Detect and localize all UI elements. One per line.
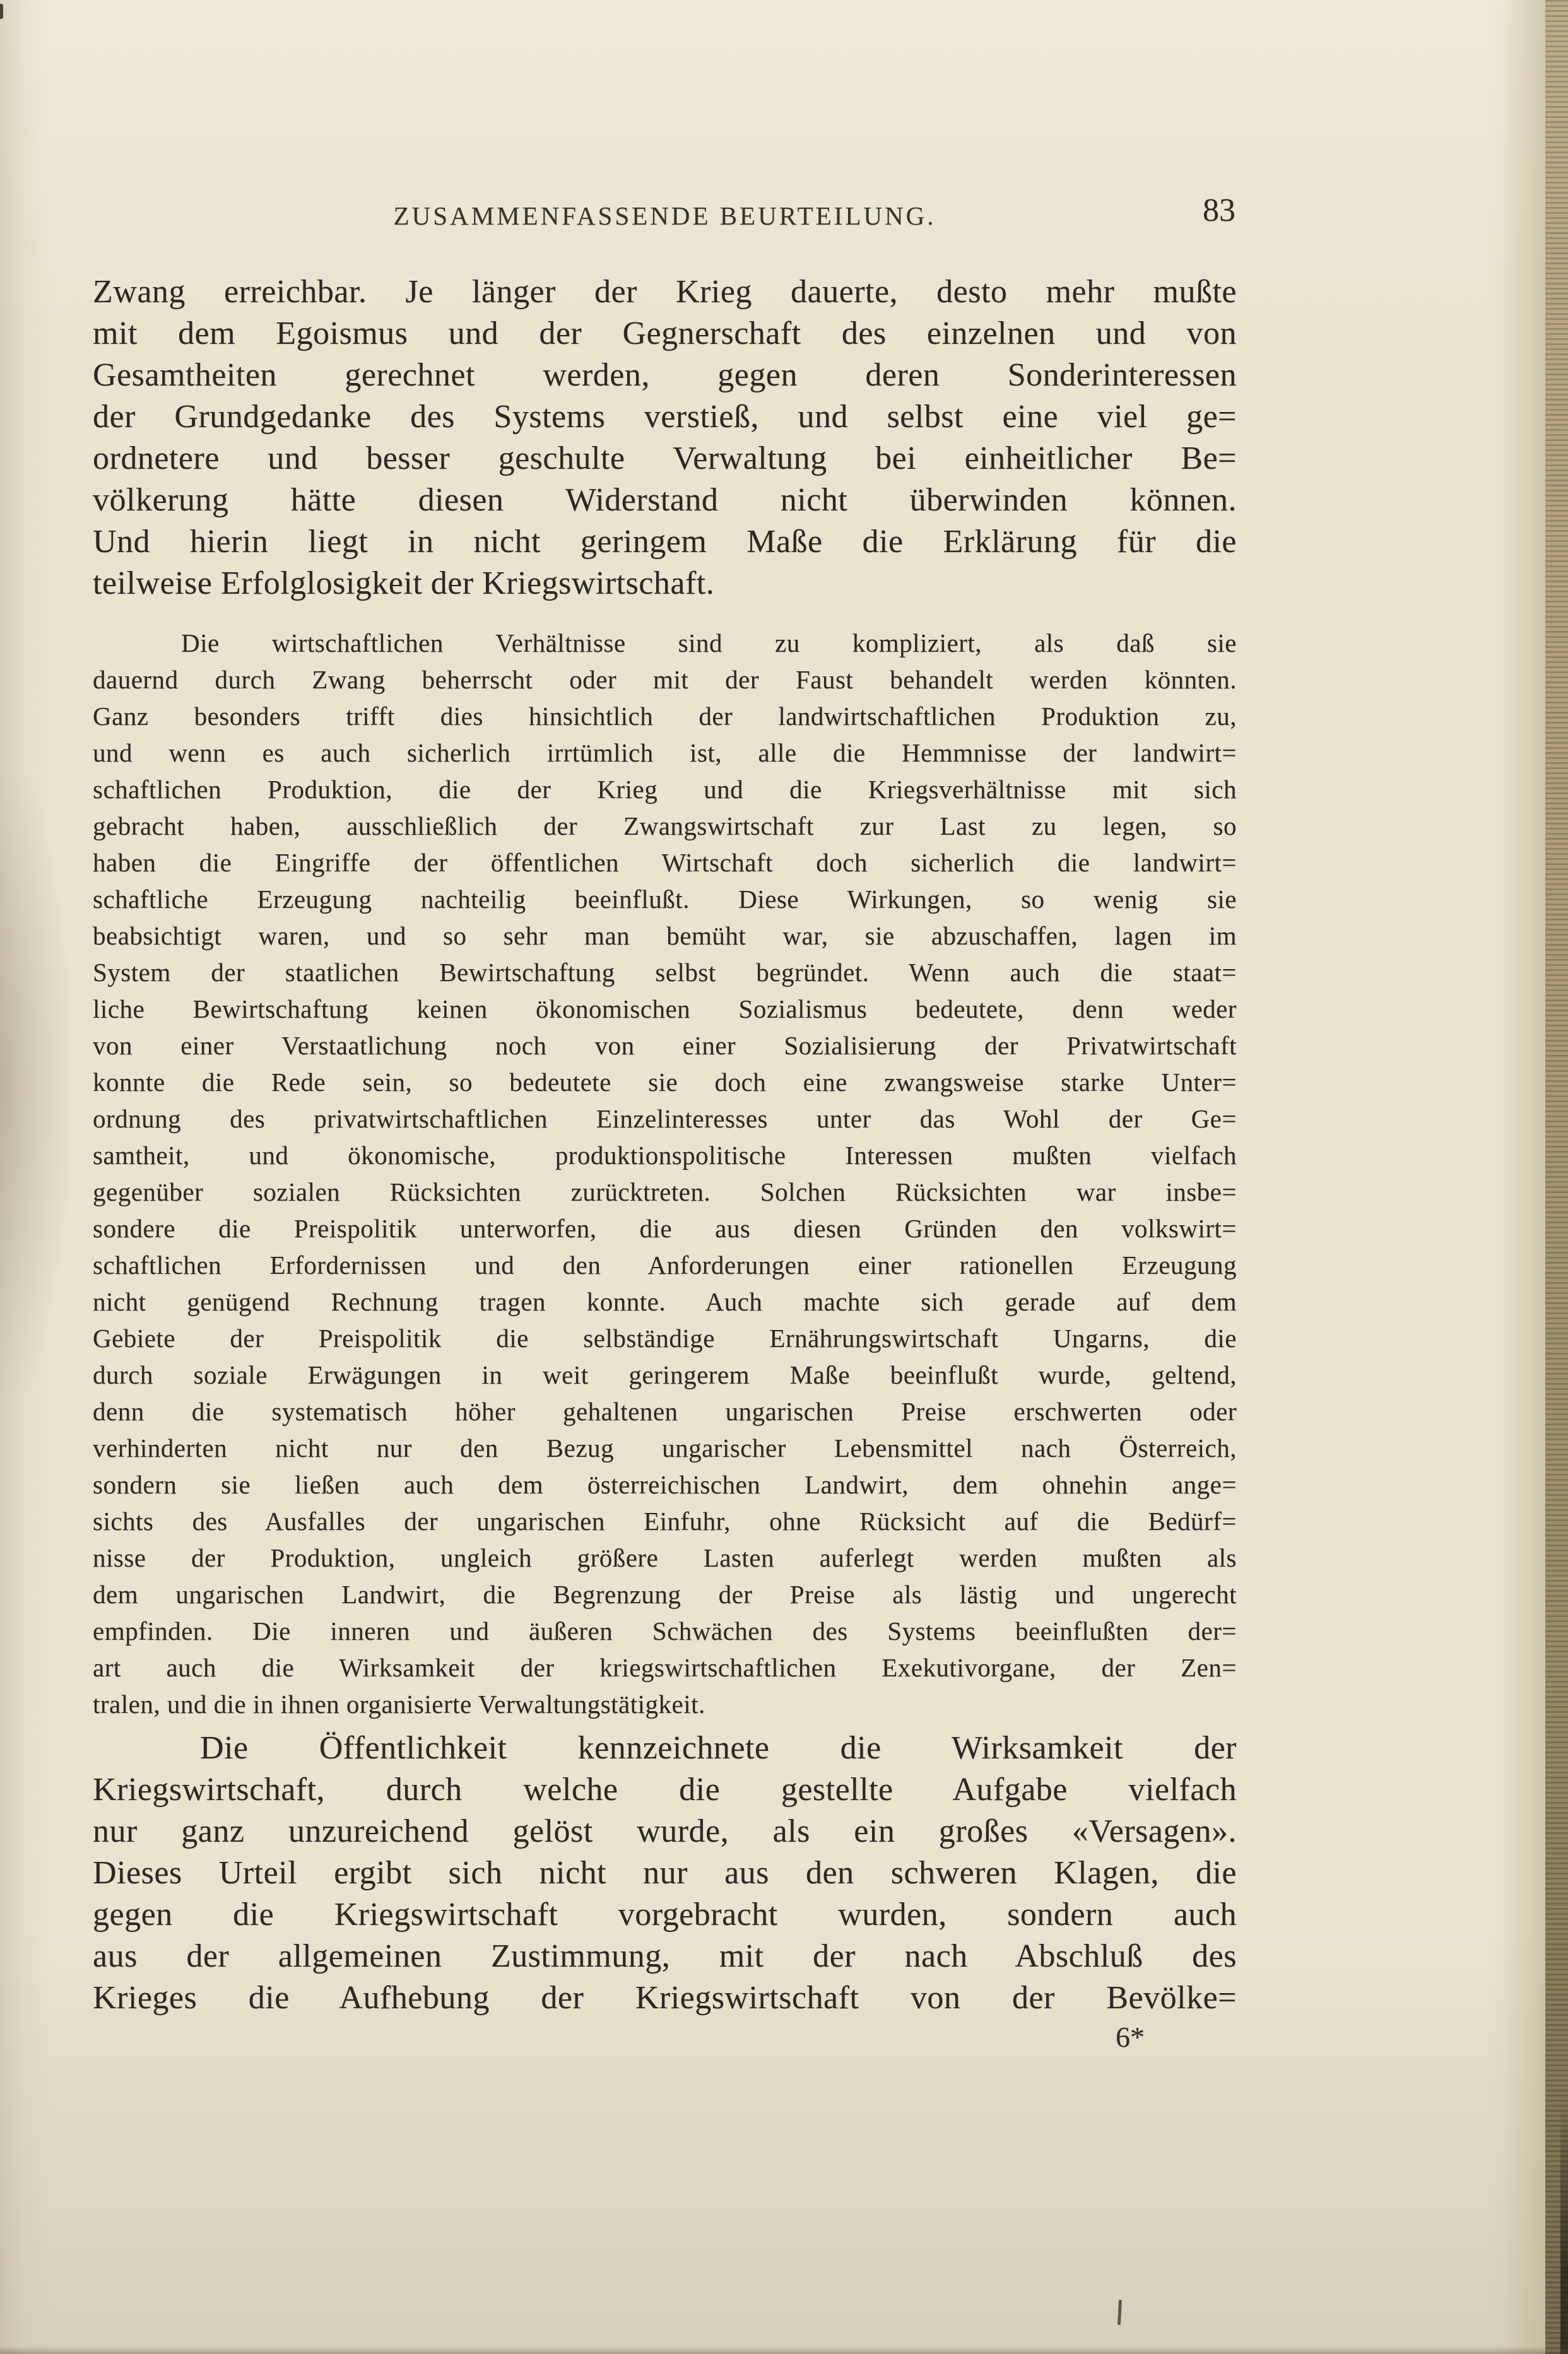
- text-line: Die wirtschaftlichen Verhältnisse sind z…: [93, 625, 1237, 661]
- text-line: der Grundgedanke des Systems verstieß, u…: [93, 396, 1237, 438]
- text-line: Gebiete der Preispolitik die selbständig…: [93, 1320, 1237, 1356]
- text-line: dem ungarischen Landwirt, die Begrenzung…: [93, 1576, 1237, 1613]
- book-edge-right-dark: [1560, 2089, 1568, 2354]
- paragraph: Die wirtschaftlichen Verhältnisse sind z…: [93, 625, 1237, 1722]
- text-line: haben die Eingriffe der öffentlichen Wir…: [93, 844, 1237, 881]
- page-header: ZUSAMMENFASSENDE BEURTEILUNG. 83: [93, 193, 1237, 237]
- text-line: gegenüber sozialen Rücksichten zurücktre…: [93, 1174, 1237, 1210]
- text-line: schaftlichen Produktion, die der Krieg u…: [93, 771, 1237, 808]
- text-line: dauernd durch Zwang beherrscht oder mit …: [93, 661, 1237, 698]
- text-line: Dieses Urteil ergibt sich nicht nur aus …: [93, 1852, 1237, 1894]
- text-line: ordnetere und besser geschulte Verwaltun…: [93, 438, 1237, 480]
- paragraph: Die Öffentlichkeit kennzeichnete die Wir…: [93, 1727, 1237, 2019]
- book-edge-right: [1545, 0, 1568, 2354]
- text-line: Die Öffentlichkeit kennzeichnete die Wir…: [93, 1727, 1237, 1769]
- text-line: System der staatlichen Bewirtschaftung s…: [93, 954, 1237, 991]
- text-line: nicht genügend Rechnung tragen konnte. A…: [93, 1283, 1237, 1320]
- text-line: von einer Verstaatlichung noch von einer…: [93, 1027, 1237, 1064]
- page-body: Zwang erreichbar. Je länger der Krieg da…: [93, 271, 1237, 2019]
- text-line: mit dem Egoismus und der Gegnerschaft de…: [93, 313, 1237, 355]
- text-line: ordnung des privatwirtschaftlichen Einze…: [93, 1100, 1237, 1137]
- text-line: Zwang erreichbar. Je länger der Krieg da…: [93, 271, 1237, 313]
- text-line: und wenn es auch sicherlich irrtümlich i…: [93, 734, 1237, 771]
- text-line: sichts des Ausfalles der ungarischen Ein…: [93, 1503, 1237, 1539]
- page-edge-right-shade: [1502, 0, 1547, 2354]
- text-line: Kriegswirtschaft, durch welche die geste…: [93, 1769, 1237, 1811]
- text-line: konnte die Rede sein, so bedeutete sie d…: [93, 1064, 1237, 1100]
- book-page-scan: ZUSAMMENFASSENDE BEURTEILUNG. 83 Zwang e…: [0, 0, 1568, 2354]
- text-line: tralen, und die in ihnen organisierte Ve…: [93, 1686, 1237, 1722]
- text-line: gebracht haben, ausschließlich der Zwang…: [93, 808, 1237, 844]
- paragraph: Zwang erreichbar. Je länger der Krieg da…: [93, 271, 1237, 604]
- text-line: völkerung hätte diesen Widerstand nicht …: [93, 480, 1237, 521]
- ink-smudge: [1117, 2300, 1122, 2325]
- text-line: teilweise Erfolglosigkeit der Kriegswirt…: [93, 563, 1237, 604]
- text-line: nisse der Produktion, ungleich größere L…: [93, 1539, 1237, 1576]
- text-line: samtheit, und ökonomische, produktionspo…: [93, 1137, 1237, 1174]
- text-line: aus der allgemeinen Zustimmung, mit der …: [93, 1936, 1237, 1977]
- text-line: Und hierin liegt in nicht geringem Maße …: [93, 521, 1237, 563]
- text-line: verhinderten nicht nur den Bezug ungaris…: [93, 1430, 1237, 1466]
- text-line: nur ganz unzureichend gelöst wurde, als …: [93, 1811, 1237, 1852]
- page-edge-bottom: [0, 2346, 1568, 2354]
- text-line: sondern sie ließen auch dem österreichis…: [93, 1466, 1237, 1503]
- text-line: denn die systematisch höher gehaltenen u…: [93, 1393, 1237, 1430]
- page-number: 83: [1203, 192, 1235, 229]
- text-line: art auch die Wirksamkeit der kriegswirts…: [93, 1649, 1237, 1686]
- signature-mark: 6*: [1116, 2023, 1145, 2052]
- corner-speck: [0, 4, 3, 19]
- running-title: ZUSAMMENFASSENDE BEURTEILUNG.: [93, 193, 1237, 231]
- text-line: schaftlichen Erfordernissen und den Anfo…: [93, 1247, 1237, 1283]
- text-line: sondere die Preispolitik unterworfen, di…: [93, 1210, 1237, 1247]
- text-line: liche Bewirtschaftung keinen ökonomische…: [93, 991, 1237, 1027]
- text-line: beabsichtigt waren, und so sehr man bemü…: [93, 917, 1237, 954]
- text-line: Krieges die Aufhebung der Kriegswirtscha…: [93, 1977, 1237, 2019]
- text-line: empfinden. Die inneren und äußeren Schwä…: [93, 1613, 1237, 1649]
- text-line: gegen die Kriegswirtschaft vorgebracht w…: [93, 1894, 1237, 1936]
- text-line: durch soziale Erwägungen in weit geringe…: [93, 1356, 1237, 1393]
- text-line: Gesamtheiten gerechnet werden, gegen der…: [93, 355, 1237, 396]
- text-line: schaftliche Erzeugung nachteilig beeinfl…: [93, 881, 1237, 917]
- text-line: Ganz besonders trifft dies hinsichtlich …: [93, 698, 1237, 734]
